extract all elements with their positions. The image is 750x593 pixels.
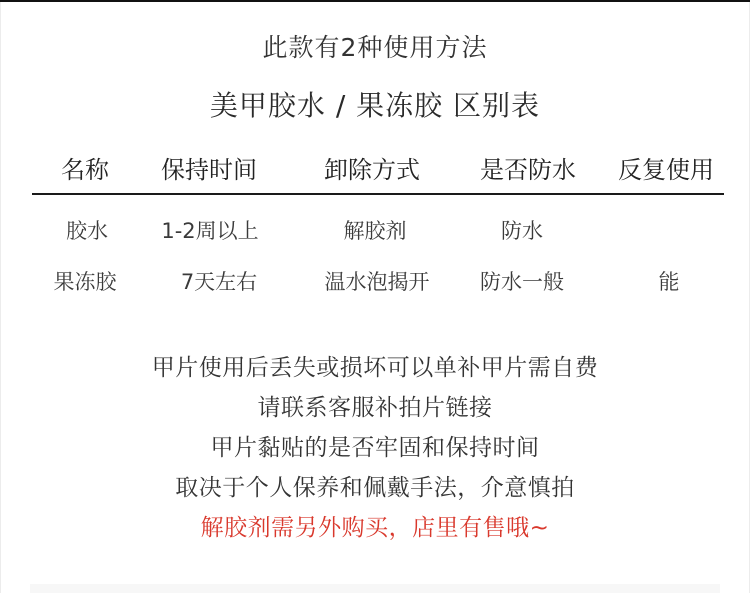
note-line-disclaimer: 取决于个人保养和佩戴手法，介意慎拍: [0, 472, 750, 512]
table-cell-waterproof: 防水: [501, 215, 543, 245]
title-comparison-table: 美甲胶水 / 果冻胶 区别表: [0, 84, 750, 124]
note-line-adhesion: 甲片黏贴的是否牢固和保持时间: [0, 432, 750, 472]
note-highlight-remover-sold-separately: 解胶剂需另外购买，店里有售哦~: [0, 512, 750, 552]
header-divider: [32, 193, 724, 195]
note-line-contact-service: 请联系客服补拍片链接: [0, 392, 750, 432]
table-cell-removal: 温水泡揭开: [325, 266, 430, 296]
notes-section: 甲片使用后丢失或损坏可以单补甲片需自费 请联系客服补拍片链接 甲片黏贴的是否牢固…: [0, 352, 750, 552]
top-border: [0, 0, 750, 2]
column-header-reusable: 反复使用: [618, 150, 714, 185]
table-cell-name: 果冻胶: [54, 266, 117, 296]
table-cell-duration: 1-2周以上: [161, 215, 258, 245]
column-header-removal: 卸除方式: [324, 150, 420, 185]
bottom-shadow-band: [30, 584, 720, 593]
note-line-replacement-fee: 甲片使用后丢失或损坏可以单补甲片需自费: [0, 352, 750, 392]
table-cell-name: 胶水: [66, 215, 108, 245]
column-header-duration: 保持时间: [161, 150, 257, 185]
table-cell-waterproof: 防水一般: [480, 266, 564, 296]
column-header-waterproof: 是否防水: [480, 150, 576, 185]
table-cell-removal: 解胶剂: [344, 215, 407, 245]
column-header-name: 名称: [61, 150, 109, 185]
title-usage-methods: 此款有2种使用方法: [0, 28, 750, 64]
table-cell-reusable: 能: [659, 266, 680, 296]
table-cell-duration: 7天左右: [181, 266, 257, 296]
